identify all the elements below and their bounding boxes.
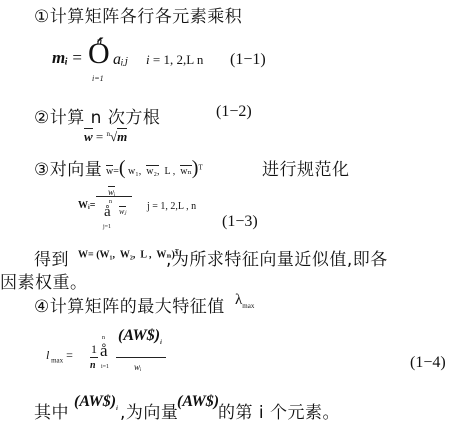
product-term: aᵢⱼ [113, 49, 128, 69]
formula-1-1-range: i = 1, 2,L n [146, 52, 203, 68]
formula-1-2: w = n√m [84, 129, 127, 145]
fraction-bar-1-4 [116, 357, 166, 358]
eq-number-1-4: (1−4) [410, 354, 446, 372]
formula-1-3-lhs: Wᵢ= [78, 200, 95, 211]
denominator-1-4: wᵢ [134, 362, 141, 372]
formula-1-1-lhs: mᵢ [52, 48, 68, 67]
sum-lower-limit: j=1 [103, 224, 111, 230]
step2-heading: ②计算 n 次方根 [34, 103, 160, 128]
eq-number-1-1: (1−1) [230, 51, 266, 69]
formula-1-1-eq: = [72, 48, 82, 67]
formula-1-4-lhs: l max = [46, 348, 73, 364]
step3-heading-suffix: 进行规范化 [262, 155, 350, 180]
product-lower-limit: i=1 [92, 74, 104, 83]
product-operator-glyph: Ó [88, 39, 110, 69]
coef-denominator: n [90, 360, 96, 371]
coef-numerator: 1 [91, 342, 97, 357]
fraction-numerator: wᵢ [108, 186, 115, 197]
result-prefix: 得到 [34, 245, 69, 270]
note-prefix: 其中 [34, 398, 69, 423]
formula-1-1: mᵢ = [52, 48, 82, 68]
note-mid: ,为向量 [120, 398, 178, 423]
sum-glyph-1-4: å [100, 341, 108, 361]
note-suffix: 的第 i 个元素。 [218, 398, 340, 423]
eq-number-1-3: (1−3) [222, 213, 258, 231]
formula-1-3-range: j = 1, 2,L , n [147, 201, 196, 212]
denominator-term: wⱼ [119, 206, 126, 216]
eq-number-1-2: (1−2) [216, 103, 252, 121]
result-vector: W= (W₁, W₂, L , Wₙ)T [78, 249, 179, 260]
step3-heading-prefix: ③对向量 [34, 155, 102, 180]
step1-heading: ①计算矩阵各行各元素乘积 [34, 2, 242, 27]
vector-definition: w=( w₁, w₂, L , wₙ)T [106, 158, 203, 178]
coef-fraction-bar [90, 357, 98, 358]
note-term1: (AW$)i [74, 393, 118, 412]
sum-glyph: å [104, 204, 111, 221]
numerator-1-4: (AW$)i [118, 327, 162, 346]
step4-heading: ④计算矩阵的最大特征值 [34, 292, 225, 317]
radicand: m [117, 128, 127, 144]
note-term2: (AW$) [177, 393, 219, 411]
formula-1-2-lhs: w [84, 128, 93, 144]
result-suffix: ,为所求特征向量近似值,即各 [166, 245, 388, 270]
lambda-max: λmax [235, 292, 254, 310]
sum-lower-limit-1-4: i=1 [101, 364, 109, 370]
result-line2: 因素权重。 [0, 268, 88, 293]
